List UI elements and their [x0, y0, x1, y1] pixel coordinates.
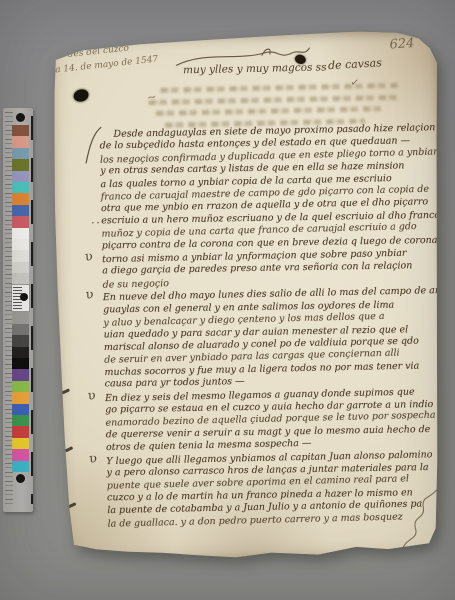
strip-light-gray-ramp — [12, 228, 29, 285]
paragraph-mark: ʋ — [88, 452, 98, 465]
color-patch — [12, 125, 29, 136]
color-patch — [12, 438, 29, 449]
salutation-text: muy ylles y muy magcos ss — [183, 61, 327, 76]
color-patch — [12, 159, 29, 170]
binding-stitch — [62, 388, 71, 394]
color-patch — [12, 136, 29, 147]
manuscript-paragraph: ʋ En diez y seis del mesmo llegamos a gu… — [105, 386, 440, 455]
docket-text: de cavsas — [328, 57, 382, 72]
strip-top-colors — [12, 125, 29, 228]
color-patch — [12, 171, 29, 182]
color-patch — [12, 392, 29, 403]
color-patch — [12, 358, 29, 369]
color-patch — [12, 228, 29, 239]
color-patch — [12, 369, 29, 380]
color-patch — [12, 239, 29, 250]
registration-dot-bottom — [16, 474, 25, 483]
color-patch — [12, 312, 29, 323]
bleedthrough-line — [156, 106, 384, 116]
strip-label-box — [12, 285, 29, 311]
strip-bottom-colors — [12, 369, 29, 472]
color-patch — [12, 426, 29, 437]
manuscript-text-block: Desde andaguaylas en siete de mayo proxi… — [99, 122, 441, 531]
registration-dot-middle — [20, 293, 28, 301]
bleedthrough-line — [160, 83, 398, 93]
folio-number: 624 — [389, 37, 415, 53]
margin-dots: ·· — [91, 219, 102, 229]
color-patch — [12, 182, 29, 193]
color-patch — [12, 347, 29, 358]
color-patch — [12, 250, 29, 261]
color-patch — [12, 449, 29, 460]
strip-dark-gray-ramp — [12, 312, 29, 369]
color-patch — [12, 262, 29, 273]
color-calibration-strip — [3, 108, 33, 512]
manuscript-paragraph: ʋ Y luego que alli llegamos ynbiamos al … — [106, 449, 441, 530]
manuscript-paragraph: ʋ En nueve del dho mayo lunes dies salio… — [103, 285, 439, 391]
color-patch — [12, 381, 29, 392]
color-patch — [12, 461, 29, 472]
color-patch — [12, 216, 29, 227]
color-patch — [12, 193, 29, 204]
strip-edge-dashes — [31, 116, 33, 504]
color-patch — [12, 335, 29, 346]
bleedthrough-line — [149, 94, 401, 104]
paragraph-mark: ʋ — [84, 251, 94, 264]
manuscript-page: 624 —des del cuzco a 14. de mayo de 1547… — [45, 30, 449, 566]
strip-patch-column — [12, 111, 29, 486]
color-patch — [12, 404, 29, 415]
paragraph-mark: ʋ — [85, 289, 95, 302]
manuscript-paragraph: Desde andaguaylas en siete de mayo proxi… — [99, 122, 436, 253]
bottom-flourish-squiggle — [397, 485, 446, 554]
color-patch — [12, 148, 29, 159]
binding-stitch — [68, 502, 77, 508]
color-patch — [12, 324, 29, 335]
registration-dot-top — [16, 113, 25, 122]
paragraph-mark: ʋ — [87, 389, 97, 402]
ink-blot-body — [72, 88, 90, 104]
color-patch — [12, 205, 29, 216]
manuscript-page-shadow: 624 —des del cuzco a 14. de mayo de 1547… — [46, 38, 439, 566]
binding-stitch — [65, 446, 74, 452]
color-patch — [12, 415, 29, 426]
color-patch — [12, 273, 29, 284]
manuscript-paragraph: ʋ torno asi mismo a ynbiar la ynformaçio… — [102, 247, 437, 291]
